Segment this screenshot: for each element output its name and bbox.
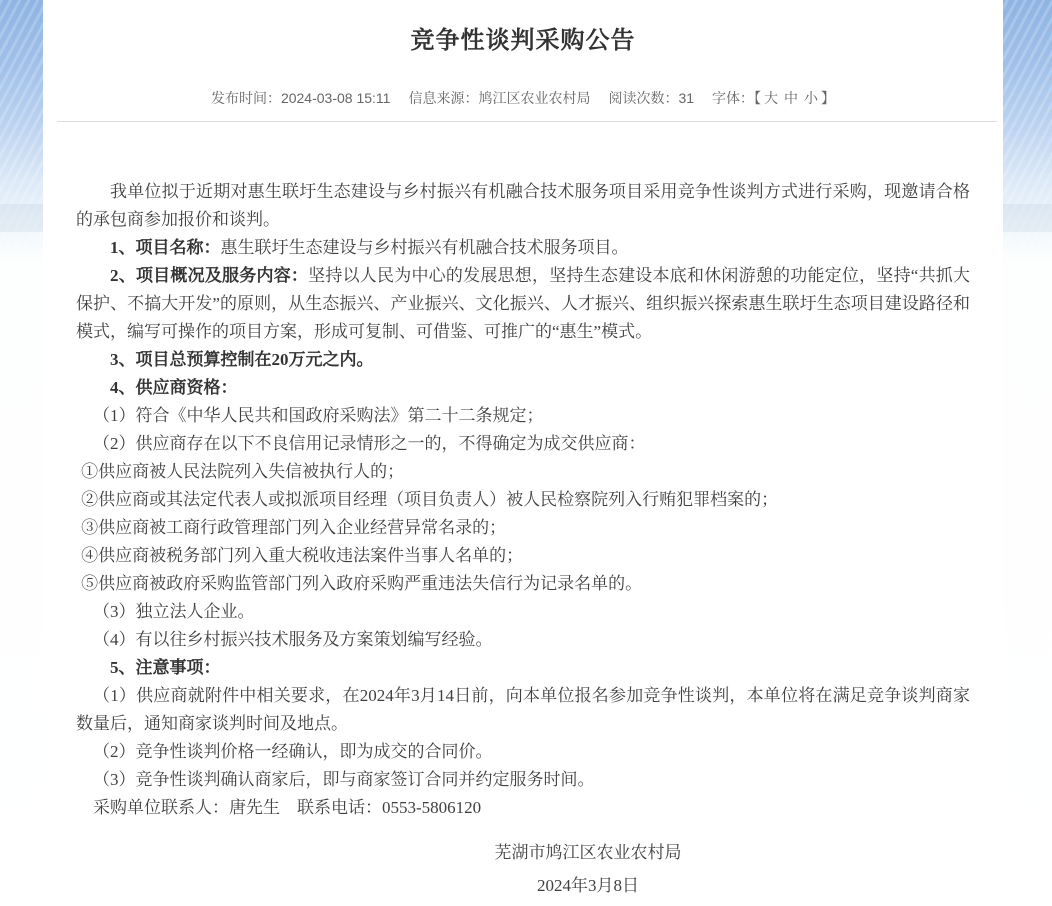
paragraph: 2、项目概况及服务内容：坚持以人民为中心的发展思想，坚持生态建设本底和休闲游憩的… <box>76 262 970 346</box>
view-count-label: 阅读次数： <box>608 90 678 106</box>
paragraph-heading-text: 2、项目概况及服务内容： <box>110 266 308 285</box>
info-source-value: 鸠江区农业农村局 <box>478 90 590 106</box>
paragraph: ④供应商被税务部门列入重大税收违法案件当事人名单的； <box>76 542 970 570</box>
paragraph-text: ①供应商被人民法院列入失信被执行人的； <box>81 462 404 481</box>
page-title: 竞争性谈判采购公告 <box>43 26 1003 56</box>
paragraph: 采购单位联系人：唐先生 联系电话：0553-5806120 <box>76 794 970 822</box>
publish-time-value: 2024-03-08 15:11 <box>281 90 391 106</box>
paragraph-text: 惠生联圩生态建设与乡村振兴有机融合技术服务项目。 <box>221 238 629 257</box>
font-size-medium-link[interactable]: 中 <box>784 90 798 106</box>
font-size-small-link[interactable]: 小 <box>804 90 818 106</box>
info-source: 信息来源：鸠江区农业农村局 <box>408 90 590 106</box>
paragraph-text: （2）供应商存在以下不良信用记录情形之一的，不得确定为成交供应商： <box>93 434 646 453</box>
paragraph-text: ⑤供应商被政府采购监管部门列入政府采购严重违法失信行为记录名单的。 <box>81 574 642 593</box>
publish-time: 发布时间：2024-03-08 15:11 <box>211 90 391 106</box>
paragraph: ②供应商或其法定代表人或拟派项目经理（项目负责人）被人民检察院列入行贿犯罪档案的… <box>76 486 970 514</box>
paragraph: （4）有以往乡村振兴技术服务及方案策划编写经验。 <box>76 626 970 654</box>
signature-block: 芜湖市鸠江区农业农村局 2024年3月8日 <box>43 836 1003 902</box>
font-size-switcher: 字体：【大中小】 <box>712 90 835 106</box>
font-size-bracket-close: 】 <box>821 90 835 106</box>
paragraph-heading-text: 3、项目总预算控制在20万元之内。 <box>110 350 374 369</box>
paragraph: 5、注意事项： <box>76 654 970 682</box>
paragraph: （2）竞争性谈判价格一经确认，即为成交的合同价。 <box>76 738 970 766</box>
paragraph: ⑤供应商被政府采购监管部门列入政府采购严重违法失信行为记录名单的。 <box>76 570 970 598</box>
info-source-label: 信息来源： <box>408 90 478 106</box>
paragraph: 1、项目名称：惠生联圩生态建设与乡村振兴有机融合技术服务项目。 <box>76 234 970 262</box>
paragraph-heading-text: 5、注意事项： <box>110 658 221 677</box>
paragraph: 我单位拟于近期对惠生联圩生态建设与乡村振兴有机融合技术服务项目采用竞争性谈判方式… <box>76 178 970 234</box>
publish-time-label: 发布时间： <box>211 90 281 106</box>
paragraph: （1）符合《中华人民共和国政府采购法》第二十二条规定； <box>76 402 970 430</box>
article-meta: 发布时间：2024-03-08 15:11信息来源：鸠江区农业农村局阅读次数：3… <box>43 89 1003 107</box>
paragraph: （3）独立法人企业。 <box>76 598 970 626</box>
paragraph-text: （2）竞争性谈判价格一经确认，即为成交的合同价。 <box>93 742 493 761</box>
paragraph-text: （1）供应商就附件中相关要求，在2024年3月14日前，向本单位报名参加竞争性谈… <box>76 686 970 733</box>
paragraph-text: （1）符合《中华人民共和国政府采购法》第二十二条规定； <box>93 406 544 425</box>
font-size-label: 字体： <box>712 90 754 106</box>
paragraph: ①供应商被人民法院列入失信被执行人的； <box>76 458 970 486</box>
font-size-bracket-open: 【 <box>754 90 761 106</box>
paragraph-text: （3）独立法人企业。 <box>93 602 255 621</box>
paragraph-text: ②供应商或其法定代表人或拟派项目经理（项目负责人）被人民检察院列入行贿犯罪档案的… <box>81 490 778 509</box>
paragraph-heading-text: 1、项目名称： <box>110 238 221 257</box>
font-size-large-link[interactable]: 大 <box>764 90 778 106</box>
announcement-page: 竞争性谈判采购公告 发布时间：2024-03-08 15:11信息来源：鸠江区农… <box>43 0 1003 906</box>
article-body: 我单位拟于近期对惠生联圩生态建设与乡村振兴有机融合技术服务项目采用竞争性谈判方式… <box>76 178 970 822</box>
paragraph: （3）竞争性谈判确认商家后，即与商家签订合同并约定服务时间。 <box>76 766 970 794</box>
paragraph: 4、供应商资格： <box>76 374 970 402</box>
view-count-value: 31 <box>678 90 694 106</box>
paragraph: 3、项目总预算控制在20万元之内。 <box>76 346 970 374</box>
paragraph-text: 采购单位联系人：唐先生 联系电话：0553-5806120 <box>93 798 481 817</box>
signature-org: 芜湖市鸠江区农业农村局 <box>173 836 1003 869</box>
paragraph: ③供应商被工商行政管理部门列入企业经营异常名录的； <box>76 514 970 542</box>
paragraph-text: ④供应商被税务部门列入重大税收违法案件当事人名单的； <box>81 546 523 565</box>
paragraph-text: 我单位拟于近期对惠生联圩生态建设与乡村振兴有机融合技术服务项目采用竞争性谈判方式… <box>76 182 970 229</box>
view-count: 阅读次数：31 <box>608 90 694 106</box>
paragraph-heading-text: 4、供应商资格： <box>110 378 238 397</box>
paragraph-text: （4）有以往乡村振兴技术服务及方案策划编写经验。 <box>93 630 493 649</box>
paragraph-text: （3）竞争性谈判确认商家后，即与商家签订合同并约定服务时间。 <box>93 770 595 789</box>
paragraph-text: ③供应商被工商行政管理部门列入企业经营异常名录的； <box>81 518 506 537</box>
divider <box>57 121 997 122</box>
paragraph: （2）供应商存在以下不良信用记录情形之一的，不得确定为成交供应商： <box>76 430 970 458</box>
paragraph: （1）供应商就附件中相关要求，在2024年3月14日前，向本单位报名参加竞争性谈… <box>76 682 970 738</box>
signature-date: 2024年3月8日 <box>173 869 1003 902</box>
